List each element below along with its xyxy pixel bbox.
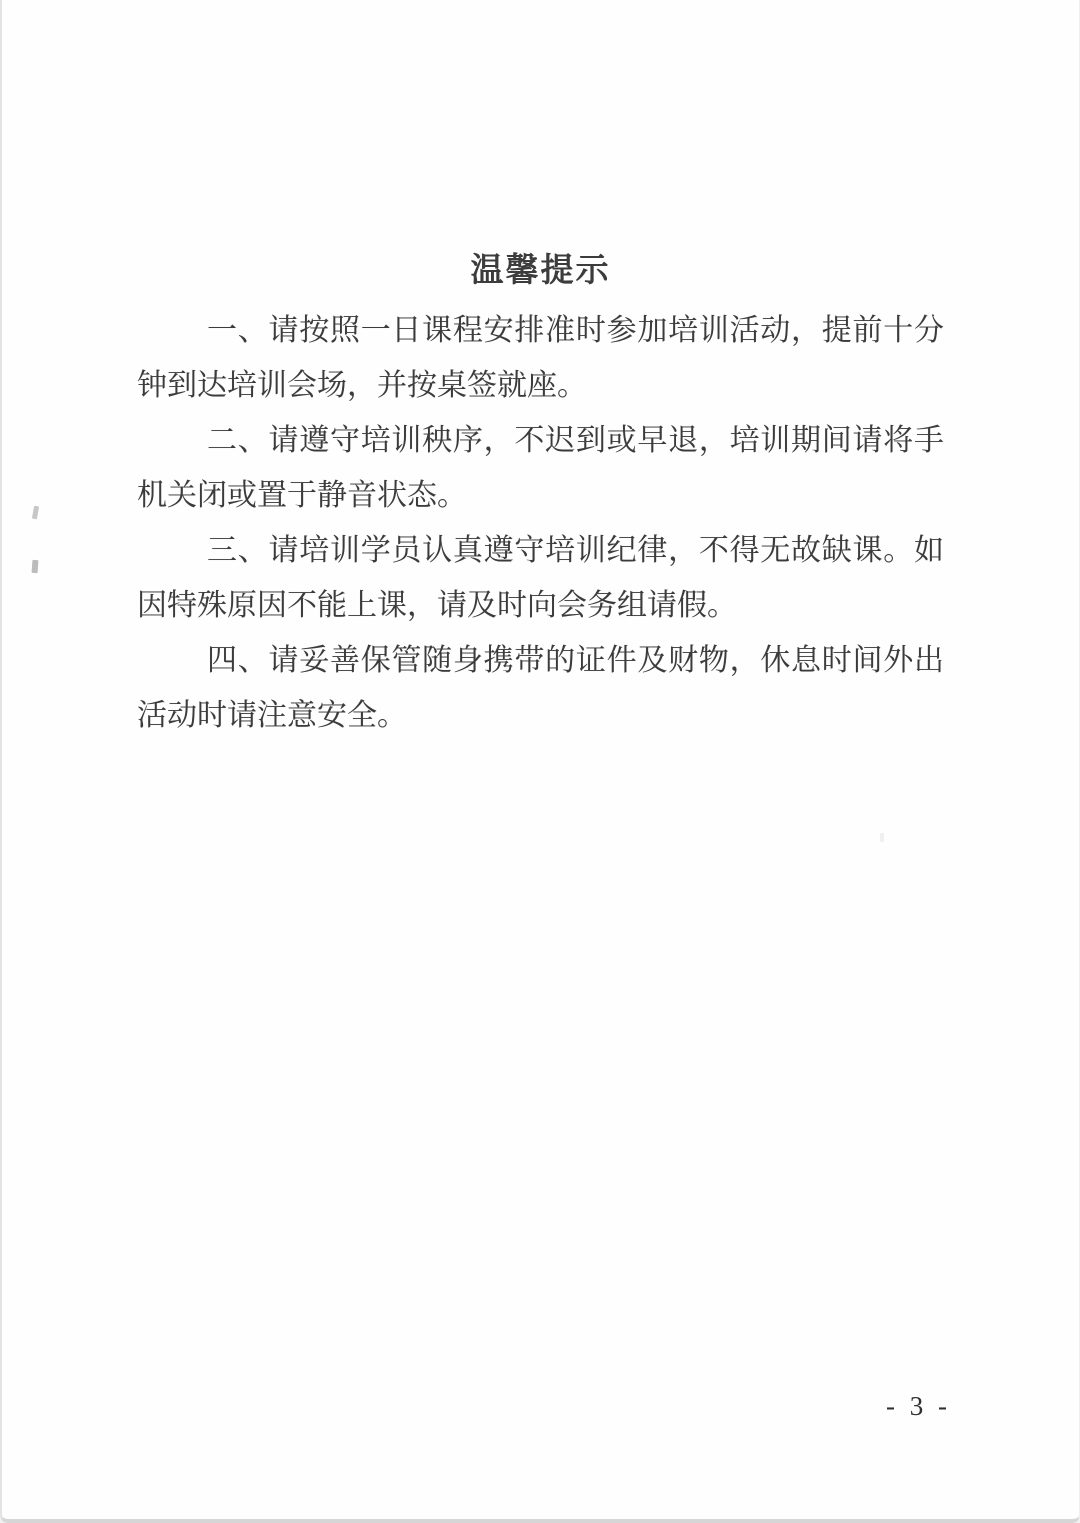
notice-paragraph-4: 四、请妥善保管随身携带的证件及财物，休息时间外出活动时请注意安全。 [137,633,944,743]
scanned-document-page: 温馨提示 一、请按照一日课程安排准时参加培训活动，提前十分钟到达培训会场，并按桌… [0,0,1080,1523]
notice-title: 温馨提示 [2,250,1079,290]
scan-artifact-speck [32,506,39,520]
notice-paragraph-2: 二、请遵守培训秧序，不迟到或早退，培训期间请将手机关闭或置于静音状态。 [137,413,944,523]
notice-paragraph-1: 一、请按照一日课程安排准时参加培训活动，提前十分钟到达培训会场，并按桌签就座。 [137,303,944,413]
notice-body: 一、请按照一日课程安排准时参加培训活动，提前十分钟到达培训会场，并按桌签就座。 … [137,303,944,743]
page-number: - 3 - [886,1390,951,1422]
notice-paragraph-3: 三、请培训学员认真遵守培训纪律，不得无故缺课。如因特殊原因不能上课，请及时向会务… [137,523,944,633]
scan-artifact-speck [32,560,39,573]
scan-artifact-speck [880,833,884,842]
